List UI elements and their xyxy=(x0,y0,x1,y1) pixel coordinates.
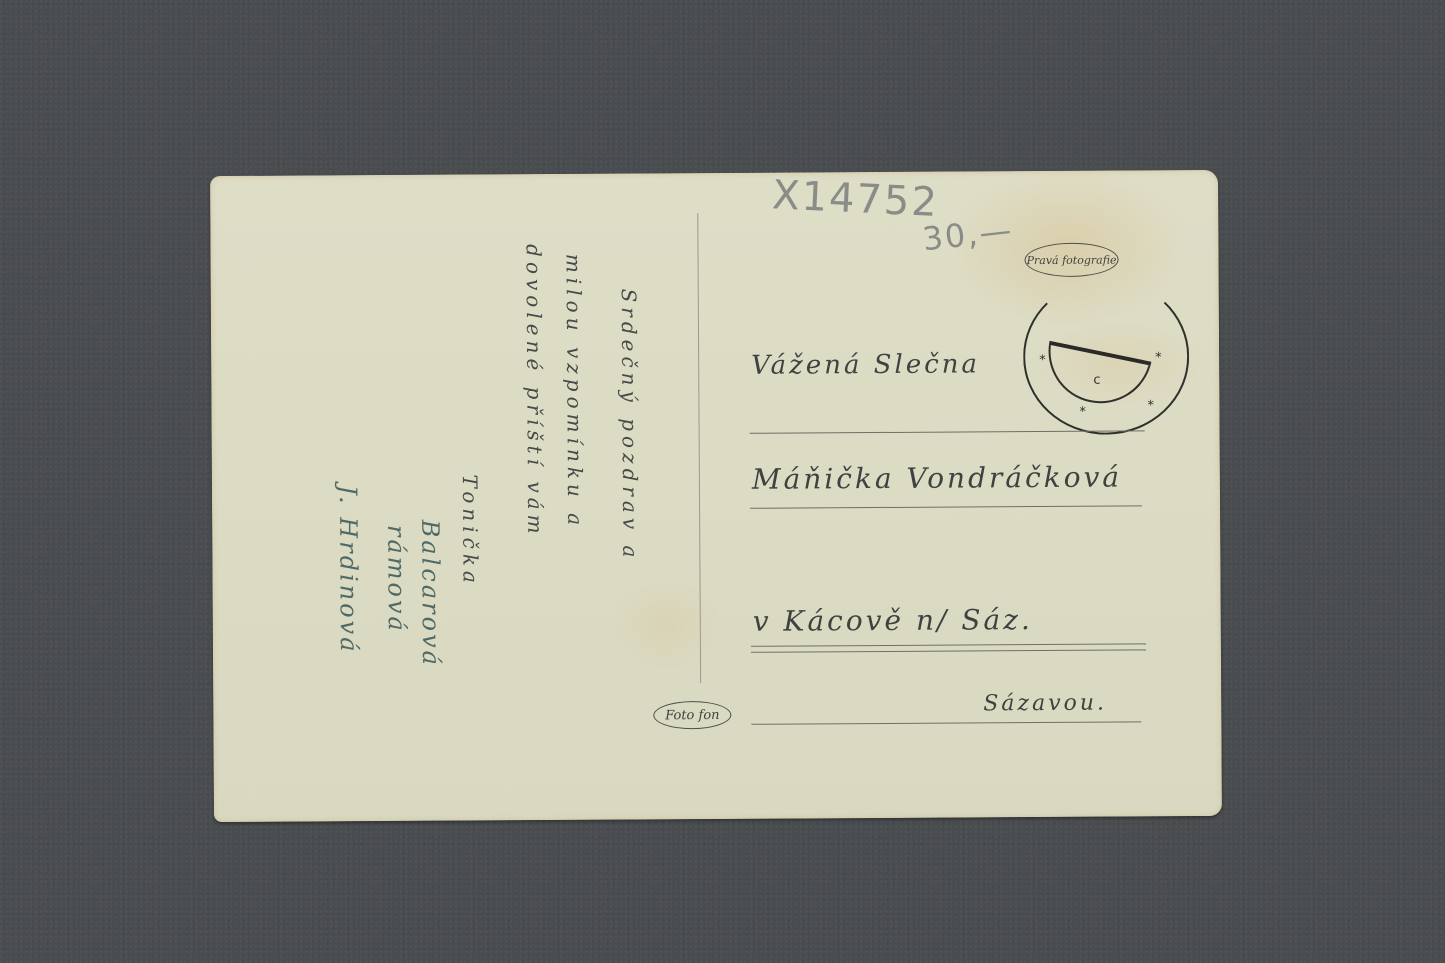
address-rule-3a xyxy=(751,643,1146,646)
postmark-star-icon: * xyxy=(1155,350,1162,365)
signature-line-2: rámová xyxy=(382,525,411,634)
center-divider xyxy=(697,213,701,683)
address-line-4: Sázavou. xyxy=(983,691,1107,717)
address-line-1: Vážená Slečna xyxy=(751,349,980,380)
message-closing: Tonička xyxy=(458,474,483,588)
postmark-star-icon: * xyxy=(1079,405,1086,420)
postmark-star-icon: * xyxy=(1039,353,1046,368)
postmark-letter: c xyxy=(1093,373,1100,388)
pravá-fotografie-logo: Pravá fotografie xyxy=(1024,243,1118,278)
message-line-2: milou vzpomínku a xyxy=(562,254,588,530)
postmark-star-icon: * xyxy=(1147,398,1154,413)
message-line-3: dovolené příští vám xyxy=(521,244,547,539)
signature-line-3: J. Hrdinová xyxy=(334,485,363,654)
address-rule-3b xyxy=(751,649,1146,652)
address-rule-2 xyxy=(750,505,1142,508)
signature-line-1: Balcarová xyxy=(416,520,445,668)
pencil-catalog-number: X14752 xyxy=(771,172,940,226)
foto-fon-logo: Foto fon xyxy=(653,701,731,729)
address-line-2: Máňička Vondráčková xyxy=(752,461,1122,496)
postcard: X14752 30,— Pravá fotografie Foto fon c … xyxy=(210,170,1222,822)
address-rule-4 xyxy=(751,721,1141,724)
address-line-3: v Kácově n/ Sáz. xyxy=(753,603,1033,638)
postmark-cancellation: c * * * * xyxy=(1023,278,1190,435)
message-line-1: Srdečný pozdrav a xyxy=(617,288,643,562)
